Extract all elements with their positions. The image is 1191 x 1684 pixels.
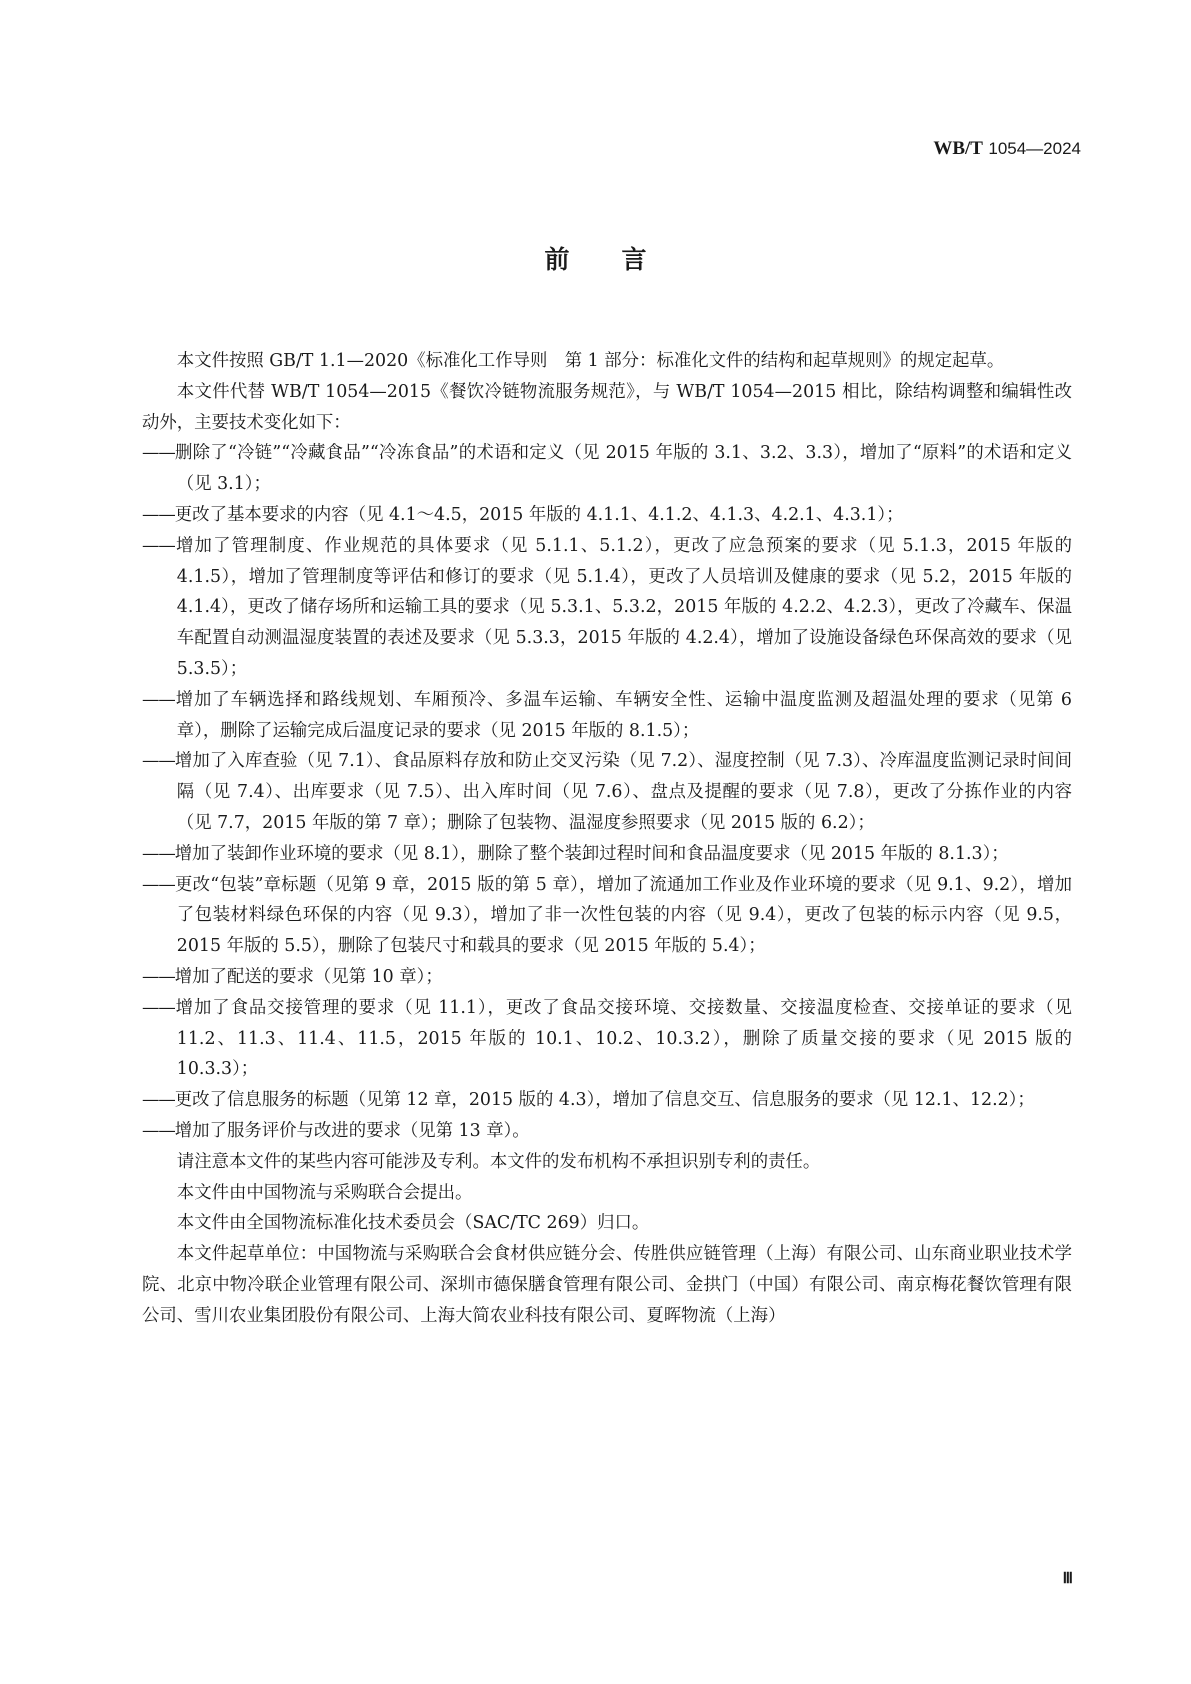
intro-paragraph: 本文件按照 GB/T 1.1—2020《标准化工作导则 第 1 部分：标准化文件… (142, 346, 1072, 377)
change-text: 增加了配送的要求（见第 10 章）； (175, 967, 443, 987)
change-item: ——删除了“冷链”“冷藏食品”“冷冻食品”的术语和定义（见 2015 年版的 3… (142, 438, 1072, 500)
standard-code: WB/T 1054—2024 (933, 138, 1081, 160)
change-text: 增加了车辆选择和路线规划、车厢预冷、多温车运输、车辆安全性、运输中温度监测及超温… (175, 690, 1072, 741)
page-title: 前言 (0, 240, 1191, 276)
patent-notice: 请注意本文件的某些内容可能涉及专利。本文件的发布机构不承担识别专利的责任。 (142, 1147, 1072, 1178)
dash-marker: —— (142, 505, 175, 525)
change-item: ——增加了入库查验（见 7.1）、食品原料存放和防止交叉污染（见 7.2）、湿度… (142, 746, 1072, 838)
change-item: ——增加了食品交接管理的要求（见 11.1），更改了食品交接环境、交接数量、交接… (142, 993, 1072, 1085)
change-text: 增加了管理制度、作业规范的具体要求（见 5.1.1、5.1.2），更改了应急预案… (175, 536, 1072, 679)
dash-marker: —— (142, 967, 175, 987)
intro-paragraph: 本文件代替 WB/T 1054—2015《餐饮冷链物流服务规范》，与 WB/T … (142, 377, 1072, 439)
change-item: ——增加了装卸作业环境的要求（见 8.1），删除了整个装卸过程时间和食品温度要求… (142, 839, 1072, 870)
dash-marker: —— (142, 1090, 175, 1110)
standard-prefix: WB/T (933, 138, 983, 159)
change-item: ——增加了服务评价与改进的要求（见第 13 章）。 (142, 1116, 1072, 1147)
dash-marker: —— (142, 875, 175, 895)
change-item: ——增加了配送的要求（见第 10 章）； (142, 962, 1072, 993)
proposer-statement: 本文件由中国物流与采购联合会提出。 (142, 1178, 1072, 1209)
change-item: ——更改了基本要求的内容（见 4.1～4.5，2015 年版的 4.1.1、4.… (142, 500, 1072, 531)
change-item: ——更改“包装”章标题（见第 9 章，2015 版的第 5 章），增加了流通加工… (142, 870, 1072, 962)
change-text: 更改了基本要求的内容（见 4.1～4.5，2015 年版的 4.1.1、4.1.… (175, 505, 904, 525)
dash-marker: —— (142, 690, 175, 710)
change-item: ——更改了信息服务的标题（见第 12 章，2015 版的 4.3），增加了信息交… (142, 1085, 1072, 1116)
change-text: 增加了装卸作业环境的要求（见 8.1），删除了整个装卸过程时间和食品温度要求（见… (175, 844, 1009, 864)
dash-marker: —— (142, 1121, 175, 1141)
dash-marker: —— (142, 536, 175, 556)
dash-marker: —— (142, 751, 175, 771)
drafting-units: 本文件起草单位：中国物流与采购联合会食材供应链分会、传胜供应链管理（上海）有限公… (142, 1239, 1072, 1331)
dash-marker: —— (142, 443, 175, 463)
committee-statement: 本文件由全国物流标准化技术委员会（SAC/TC 269）归口。 (142, 1208, 1072, 1239)
page-number: Ⅲ (1063, 1569, 1073, 1588)
standard-number: 1054—2024 (988, 139, 1081, 158)
change-text: 更改了信息服务的标题（见第 12 章，2015 版的 4.3），增加了信息交互、… (175, 1090, 1035, 1110)
change-text: 更改“包装”章标题（见第 9 章，2015 版的第 5 章），增加了流通加工作业… (175, 875, 1072, 957)
change-text: 增加了食品交接管理的要求（见 11.1），更改了食品交接环境、交接数量、交接温度… (175, 998, 1072, 1080)
change-item: ——增加了车辆选择和路线规划、车厢预冷、多温车运输、车辆安全性、运输中温度监测及… (142, 685, 1072, 747)
change-item: ——增加了管理制度、作业规范的具体要求（见 5.1.1、5.1.2），更改了应急… (142, 531, 1072, 685)
change-text: 增加了服务评价与改进的要求（见第 13 章）。 (175, 1121, 530, 1141)
change-text: 删除了“冷链”“冷藏食品”“冷冻食品”的术语和定义（见 2015 年版的 3.1… (175, 443, 1072, 494)
dash-marker: —— (142, 998, 175, 1018)
dash-marker: —— (142, 844, 175, 864)
document-body: 本文件按照 GB/T 1.1—2020《标准化工作导则 第 1 部分：标准化文件… (142, 346, 1072, 1332)
change-text: 增加了入库查验（见 7.1）、食品原料存放和防止交叉污染（见 7.2）、湿度控制… (175, 751, 1072, 833)
